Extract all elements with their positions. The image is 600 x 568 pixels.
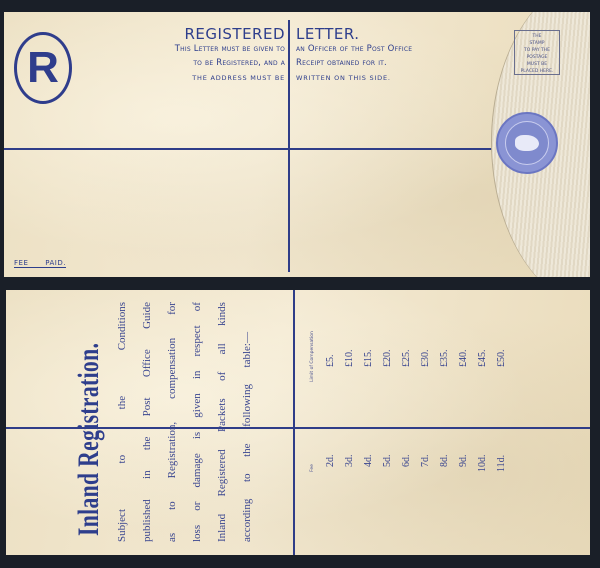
envelope-back: Inland Registration. SubjecttotheConditi…: [6, 290, 590, 555]
table-limit-3: £20.: [382, 350, 393, 368]
envelope-front: R REGISTERED LETTER. This Letter must be…: [4, 12, 590, 277]
vertical-registration-line: [288, 20, 290, 272]
table-limit-5: £30.: [420, 350, 431, 368]
instruction-line3-right: WRITTEN ON THIS SIDE.: [296, 74, 391, 82]
table-limit-8: £45.: [477, 350, 488, 368]
table-fee-0: 2d.: [325, 455, 336, 468]
table-limit-1: £10.: [344, 350, 355, 368]
registered-r-icon: R: [14, 32, 72, 104]
instruction-line1-left: This Letter must be given to: [175, 44, 285, 54]
table-fee-4: 6d.: [401, 455, 412, 468]
table-fee-5: 7d.: [420, 455, 431, 468]
fee-paid-label: FEE PAID.: [14, 259, 66, 268]
paragraph-line-5: InlandRegisteredPacketsofallkinds: [216, 302, 228, 542]
table-limit-2: £15.: [363, 350, 374, 368]
paragraph-line-1: SubjecttotheConditions: [116, 302, 128, 542]
table-fee-9: 11d.: [496, 455, 507, 472]
instruction-line2-right: Receipt obtained for it.: [296, 58, 387, 68]
table-header-fee: Fee: [310, 464, 315, 472]
title-left: REGISTERED: [184, 25, 285, 43]
instruction-line1-right: an Officer of the Post Office: [296, 44, 412, 54]
table-fee-3: 5d.: [382, 455, 393, 468]
table-fee-1: 3d.: [344, 455, 355, 468]
paragraph-line-6: accordingtothefollowingtable:—: [241, 332, 253, 542]
table-header-limit: Limit of Compensation: [310, 331, 315, 382]
table-fee-7: 9d.: [458, 455, 469, 468]
table-limit-0: £5.: [325, 355, 336, 368]
title-right: LETTER.: [296, 25, 360, 43]
horizontal-registration-line: [4, 148, 494, 150]
instruction-line3-left: THE ADDRESS MUST BE: [192, 74, 285, 82]
paragraph-line-4: lossordamageisgiveninrespectof: [191, 302, 203, 542]
table-limit-6: £35.: [439, 350, 450, 368]
paragraph-line-2: publishedinthePostOfficeGuide: [141, 302, 153, 542]
table-fee-6: 8d.: [439, 455, 450, 468]
table-fee-2: 4d.: [363, 455, 374, 468]
monarch-head-icon: [515, 135, 539, 151]
stamp-box: THE STAMP TO PAY THE POSTAGE MUST BE PLA…: [514, 30, 560, 75]
seal-inner: [505, 121, 549, 165]
instruction-line2-left: to be Registered, and a: [193, 58, 285, 68]
table-limit-7: £40.: [458, 350, 469, 368]
table-limit-9: £50.: [496, 350, 507, 368]
back-vertical-line: [293, 290, 295, 555]
paragraph-line-3: astoRegistration,compensationfor: [166, 302, 178, 542]
inland-registration-title: Inland Registration.: [72, 343, 106, 536]
registration-seal-stamp-icon: [496, 112, 558, 174]
table-fee-8: 10d.: [477, 455, 488, 473]
table-limit-4: £25.: [401, 350, 412, 368]
